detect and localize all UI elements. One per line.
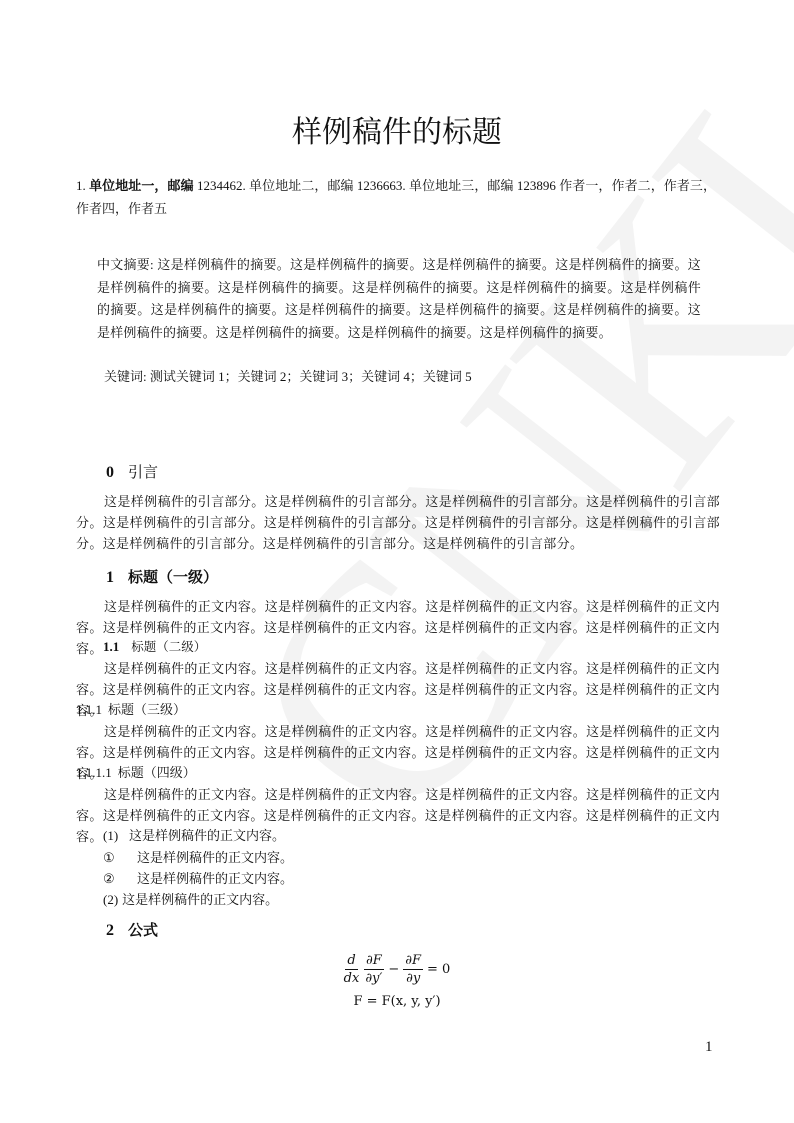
affiliation-bold: 单位地址一，邮编	[89, 179, 194, 194]
list-marker: (1)	[103, 825, 129, 846]
paper-title: 样例稿件的标题	[0, 113, 794, 153]
heading-text: 公式	[128, 921, 158, 939]
list-item: ②这是样例稿件的正文内容。	[103, 868, 293, 889]
heading-level4: 1.1.1.1标题（四级）	[76, 763, 196, 783]
fraction-dF-dyprime: ∂F ∂y′	[363, 952, 384, 987]
heading-number: 1.1.1.1	[76, 765, 112, 780]
formula-f-definition: F = F(x, y, y′)	[0, 994, 794, 1009]
heading-number: 1	[106, 569, 114, 586]
numerator: ∂F	[364, 952, 384, 970]
heading-text: 引言	[128, 463, 158, 481]
numerator: d	[345, 952, 357, 970]
list-text: 这是样例稿件的正文内容。	[137, 871, 293, 886]
formula-euler-lagrange: d dx ∂F ∂y′ − ∂F ∂y = 0	[0, 952, 794, 987]
paper-page: 样例稿件的标题 1. 单位地址一，邮编 1234462. 单位地址二，邮编 12…	[0, 0, 794, 1123]
abstract: 中文摘要: 这是样例稿件的摘要。这是样例稿件的摘要。这是样例稿件的摘要。这是样例…	[97, 254, 701, 344]
numerator: ∂F	[403, 952, 423, 970]
list-item: (2)这是样例稿件的正文内容。	[103, 889, 278, 910]
heading-number: 0	[106, 464, 114, 481]
intro-paragraph: 这是样例稿件的引言部分。这是样例稿件的引言部分。这是样例稿件的引言部分。这是样例…	[76, 491, 720, 555]
heading-text: 标题（四级）	[118, 765, 196, 780]
list-marker: ①	[103, 847, 137, 868]
list-marker: (2)	[103, 889, 118, 910]
denominator: dx	[342, 970, 362, 987]
heading-level3: 1.1.1标题（三级）	[76, 700, 186, 720]
heading-formula: 2公式	[106, 918, 158, 943]
heading-level2: 1.1标题（二级）	[103, 637, 206, 657]
list-text: 这是样例稿件的正文内容。	[137, 850, 293, 865]
equals-zero: = 0	[427, 962, 450, 977]
heading-number: 1.1	[103, 639, 119, 654]
heading-level1: 1标题（一级）	[106, 565, 218, 590]
list-marker: ②	[103, 868, 137, 889]
heading-text: 标题（一级）	[128, 568, 218, 586]
denominator: ∂y′	[363, 970, 384, 987]
keywords: 关键词: 测试关键词 1；关键词 2；关键词 3；关键词 4；关键词 5	[104, 366, 472, 388]
heading-intro: 0引言	[106, 460, 158, 485]
affiliation-block: 1. 单位地址一，邮编 1234462. 单位地址二，邮编 1236663. 单…	[76, 175, 716, 219]
heading-number: 1.1.1	[76, 702, 102, 717]
denominator: ∂y	[404, 970, 422, 987]
heading-text: 标题（三级）	[108, 702, 186, 717]
heading-number: 2	[106, 922, 114, 939]
list-item: (1)这是样例稿件的正文内容。	[103, 825, 285, 846]
fraction-dF-dy: ∂F ∂y	[403, 952, 423, 987]
affiliation-prefix: 1.	[76, 178, 89, 193]
list-text: 这是样例稿件的正文内容。	[122, 892, 278, 907]
minus-sign: −	[388, 962, 399, 977]
list-item: ①这是样例稿件的正文内容。	[103, 847, 293, 868]
page-number: 1	[705, 1039, 713, 1056]
fraction-d-dx: d dx	[342, 952, 362, 987]
heading-text: 标题（二级）	[131, 640, 206, 654]
list-text: 这是样例稿件的正文内容。	[129, 828, 285, 843]
